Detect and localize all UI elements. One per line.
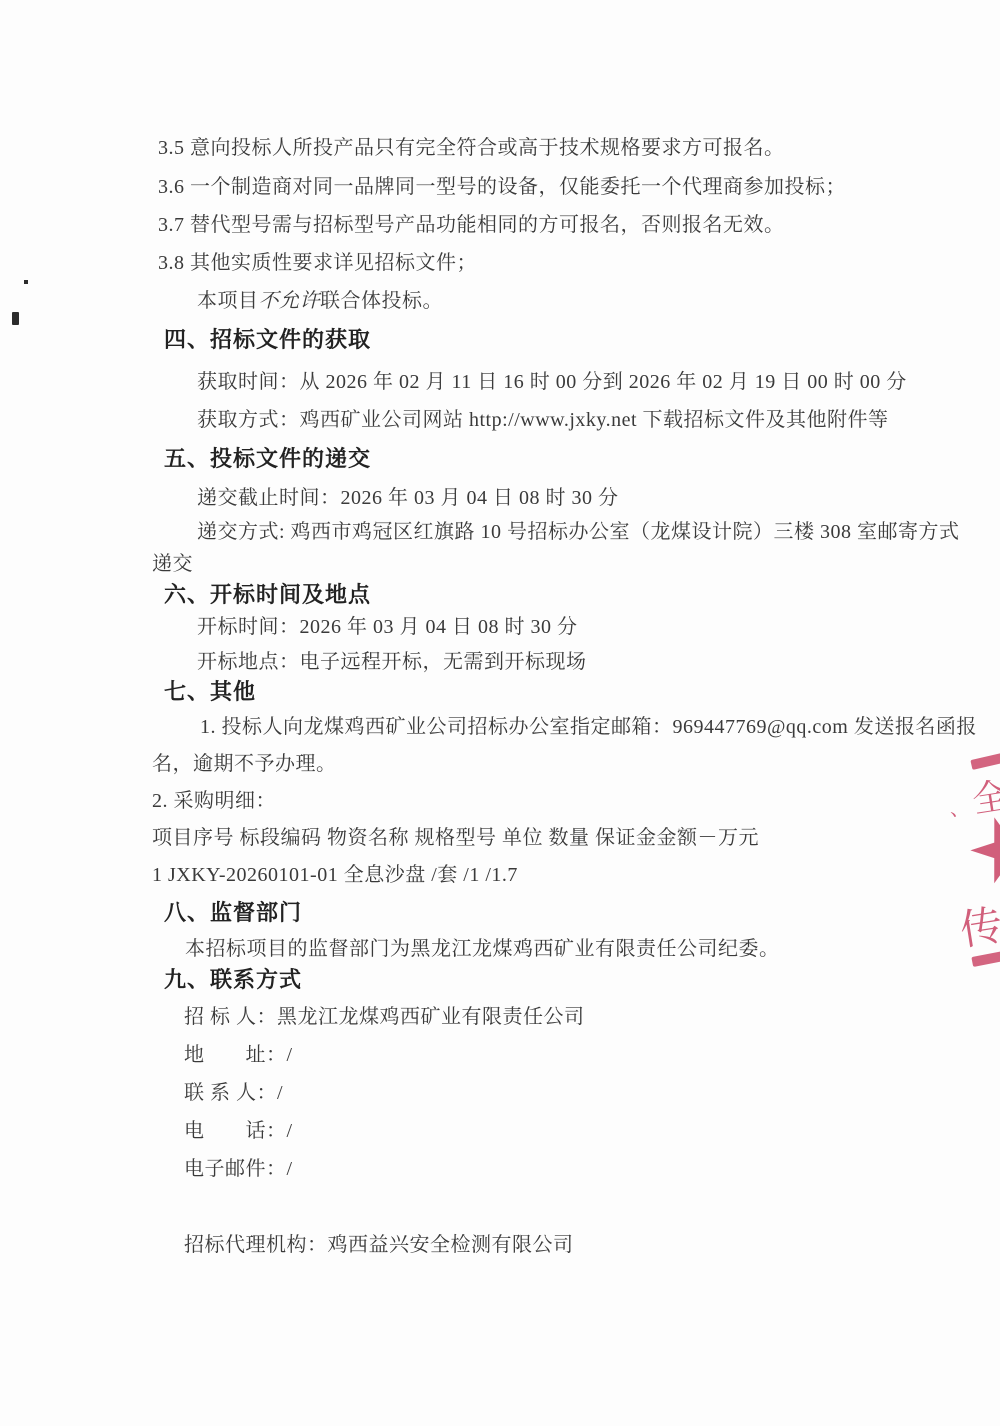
- heading-section-7: 七、其他: [164, 678, 256, 706]
- submission-deadline-line: 递交截止时间：2026 年 03 月 04 日 08 时 30 分: [197, 485, 619, 511]
- clause-3-5: 3.5 意向投标人所投产品只有完全符合或高于技术规格要求方可报名。: [158, 135, 785, 161]
- consortium-note: 本项目不允许联合体投标。: [197, 288, 443, 314]
- stamp-star-icon: ★: [955, 796, 1000, 902]
- other-item1-line1: 1. 投标人向龙煤鸡西矿业公司招标办公室指定邮箱：969447769@qq.co…: [200, 714, 977, 740]
- heading-section-8: 八、监督部门: [164, 899, 302, 927]
- obtain-time-line: 获取时间：从 2026 年 02 月 11 日 16 时 00 分到 2026 …: [197, 369, 907, 395]
- bid-opening-place-line: 开标地点：电子远程开标，无需到开标现场: [197, 649, 587, 675]
- submission-method-line: 递交方式: 鸡西市鸡冠区红旗路 10 号招标办公室（龙煤设计院）三楼 308 室…: [197, 519, 960, 545]
- clause-3-7: 3.7 替代型号需与招标型号产品功能相同的方可报名，否则报名无效。: [158, 212, 785, 238]
- heading-section-6: 六、开标时间及地点: [164, 581, 371, 609]
- agency-line: 招标代理机构：鸡西益兴安全检测有限公司: [184, 1232, 574, 1258]
- submission-method-continuation: 递交: [152, 551, 193, 577]
- stamp-char-chuan: 传: [956, 892, 1000, 958]
- procurement-detail-row: 1 JXKY-20260101-01 全息沙盘 /套 /1 /1.7: [152, 862, 518, 888]
- contact-person-line: 联 系 人：/: [184, 1080, 283, 1106]
- stamp-top-bar: [970, 752, 1000, 770]
- consortium-note-suffix: 联合体投标。: [320, 290, 443, 312]
- obtain-method-line: 获取方式：鸡西矿业公司网站 http://www.jxky.net 下载招标文件…: [197, 407, 889, 433]
- clause-3-6: 3.6 一个制造商对同一品牌同一型号的设备，仅能委托一个代理商参加投标；: [158, 174, 846, 200]
- heading-section-5: 五、投标文件的递交: [164, 445, 371, 473]
- scanned-document-page: 3.5 意向投标人所投产品只有完全符合或高于技术规格要求方可报名。 3.6 一个…: [0, 0, 1000, 1426]
- email-line: 电子邮件：/: [184, 1156, 293, 1182]
- heading-section-4: 四、招标文件的获取: [164, 326, 371, 354]
- scan-speck-small: [24, 280, 28, 284]
- supervisory-dept-line: 本招标项目的监督部门为黑龙江龙煤鸡西矿业有限责任公司纪委。: [185, 936, 780, 962]
- bidder-line: 招 标 人：黑龙江龙煤鸡西矿业有限责任公司: [184, 1004, 585, 1030]
- procurement-detail-header: 项目序号 标段编码 物资名称 规格型号 单位 数量 保证金金额－万元: [152, 825, 759, 851]
- phone-line: 电 话：/: [184, 1118, 293, 1144]
- consortium-note-not-allowed: 不允许: [259, 290, 321, 312]
- scan-speck-large: [12, 312, 19, 325]
- consortium-note-prefix: 本项目: [197, 290, 259, 312]
- other-item1-line2: 名，逾期不予办理。: [152, 751, 337, 777]
- heading-section-9: 九、联系方式: [164, 966, 302, 994]
- other-item2: 2. 采购明细：: [152, 788, 276, 814]
- address-line: 地 址：/: [184, 1042, 293, 1068]
- bid-opening-time-line: 开标时间：2026 年 03 月 04 日 08 时 30 分: [197, 614, 578, 640]
- clause-3-8: 3.8 其他实质性要求详见招标文件；: [158, 250, 477, 276]
